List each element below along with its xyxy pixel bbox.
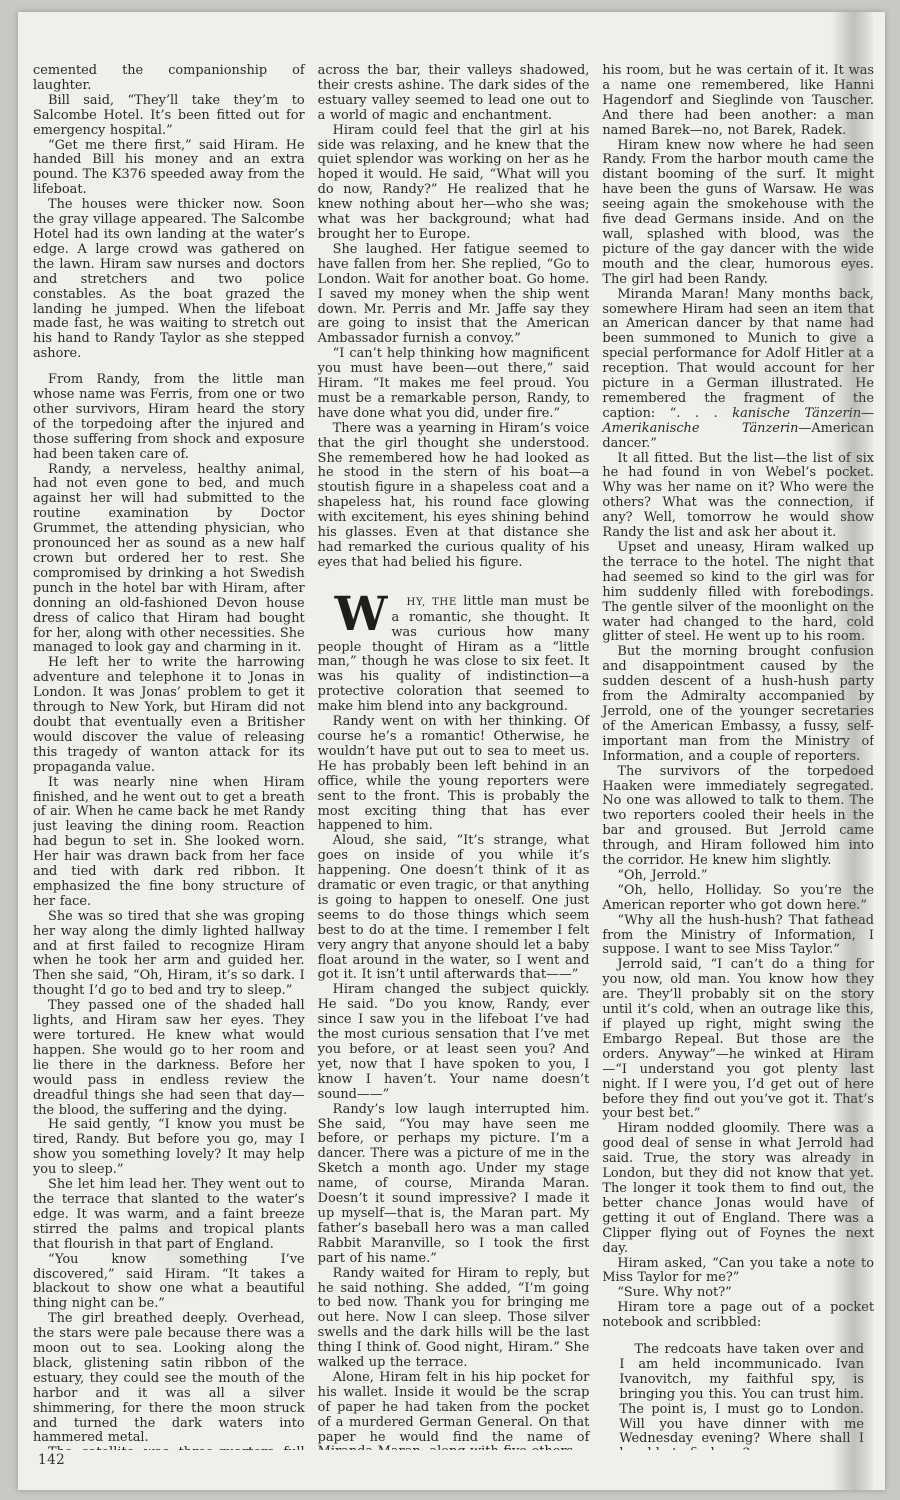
paragraph: Hiram tore a page out of a pocket notebo…	[602, 1301, 874, 1331]
paragraph: The survivors of the torpedoed Haaken we…	[602, 765, 874, 869]
text-columns: cemented the companionship of laughter.B…	[33, 64, 874, 1450]
paragraph: Randy waited for Hiram to reply, but he …	[318, 1267, 590, 1371]
paragraph: It all fitted. But the list—the list of …	[602, 452, 874, 541]
dropcap-letter: W	[318, 595, 392, 633]
paragraph: Bill said, “They’ll take they’m to Salco…	[33, 94, 305, 139]
paragraph: “Sure. Why not?”	[602, 1286, 874, 1301]
paragraph: They passed one of the shaded hall light…	[33, 999, 305, 1118]
paragraph: WHY, THE little man must be a romantic, …	[318, 595, 590, 715]
page-number: 142	[38, 1452, 65, 1468]
paragraph: From Randy, from the little man whose na…	[33, 373, 305, 462]
smallcaps-lead: HY, THE	[406, 597, 456, 608]
paragraph: The houses were thicker now. Soon the gr…	[33, 198, 305, 362]
paragraph: “You know something I’ve discovered,” sa…	[33, 1253, 305, 1313]
paragraph: his room, but he was certain of it. It w…	[602, 64, 874, 139]
paragraph: Alone, Hiram felt in his hip pocket for …	[318, 1371, 590, 1450]
scanned-book-page: { "page": { "number": "142", "columns": …	[0, 0, 900, 1500]
paragraph: She laughed. Her fatigue seemed to have …	[318, 243, 590, 347]
paragraph: Hiram could feel that the girl at his si…	[318, 124, 590, 243]
page-paper: cemented the companionship of laughter.B…	[18, 12, 885, 1490]
paragraph: “Get me there first,” said Hiram. He han…	[33, 139, 305, 199]
text-column-3: his room, but he was certain of it. It w…	[602, 64, 874, 1450]
paragraph: Miranda Maran! Many months back, somewhe…	[602, 288, 874, 452]
paragraph: Hiram changed the subject quickly. He sa…	[318, 983, 590, 1102]
paragraph: She was so tired that she was groping he…	[33, 910, 305, 999]
text-column-2: across the bar, their valleys shadowed, …	[318, 64, 590, 1450]
paragraph: Hiram nodded gloomily. There was a good …	[602, 1122, 874, 1256]
paragraph: It was nearly nine when Hiram finished, …	[33, 776, 305, 910]
text-column-1: cemented the companionship of laughter.B…	[33, 64, 305, 1450]
paragraph: He said gently, “I know you must be tire…	[33, 1118, 305, 1178]
text-run: Miranda Maran! Many months back, somewhe…	[602, 287, 874, 421]
paragraph: Randy’s low laugh interrupted him. She s…	[318, 1103, 590, 1267]
paragraph: Hiram knew now where he had seen Randy. …	[602, 139, 874, 288]
paragraph: She let him lead her. They went out to t…	[33, 1178, 305, 1253]
paragraph: “Why all the hush-hush? That fathead fro…	[602, 914, 874, 959]
paragraph: cemented the companionship of laughter.	[33, 64, 305, 94]
paragraph: “Oh, Jerrold.”	[602, 869, 874, 884]
paragraph: The satellite was three-quarters full an…	[33, 1446, 305, 1450]
paragraph: Jerrold said, “I can’t do a thing for yo…	[602, 958, 874, 1122]
paragraph: across the bar, their valleys shadowed, …	[318, 64, 590, 124]
paragraph: There was a yearning in Hiram’s voice th…	[318, 422, 590, 571]
paragraph: “Oh, hello, Holliday. So you’re the Amer…	[602, 884, 874, 914]
paragraph: He left her to write the harrowing adven…	[33, 656, 305, 775]
paragraph: But the morning brought confusion and di…	[602, 645, 874, 764]
paragraph: Aloud, she said, “It’s strange, what goe…	[318, 834, 590, 983]
paragraph: “I can’t help thinking how magnificent y…	[318, 347, 590, 422]
paragraph: Randy, a nerveless, healthy animal, had …	[33, 463, 305, 657]
paragraph: The redcoats have taken over and I am he…	[619, 1343, 864, 1450]
paragraph: The girl breathed deeply. Overhead, the …	[33, 1312, 305, 1446]
paragraph: Upset and uneasy, Hiram walked up the te…	[602, 541, 874, 645]
paragraph: Hiram asked, “Can you take a note to Mis…	[602, 1257, 874, 1287]
paragraph: Randy went on with her thinking. Of cour…	[318, 715, 590, 834]
